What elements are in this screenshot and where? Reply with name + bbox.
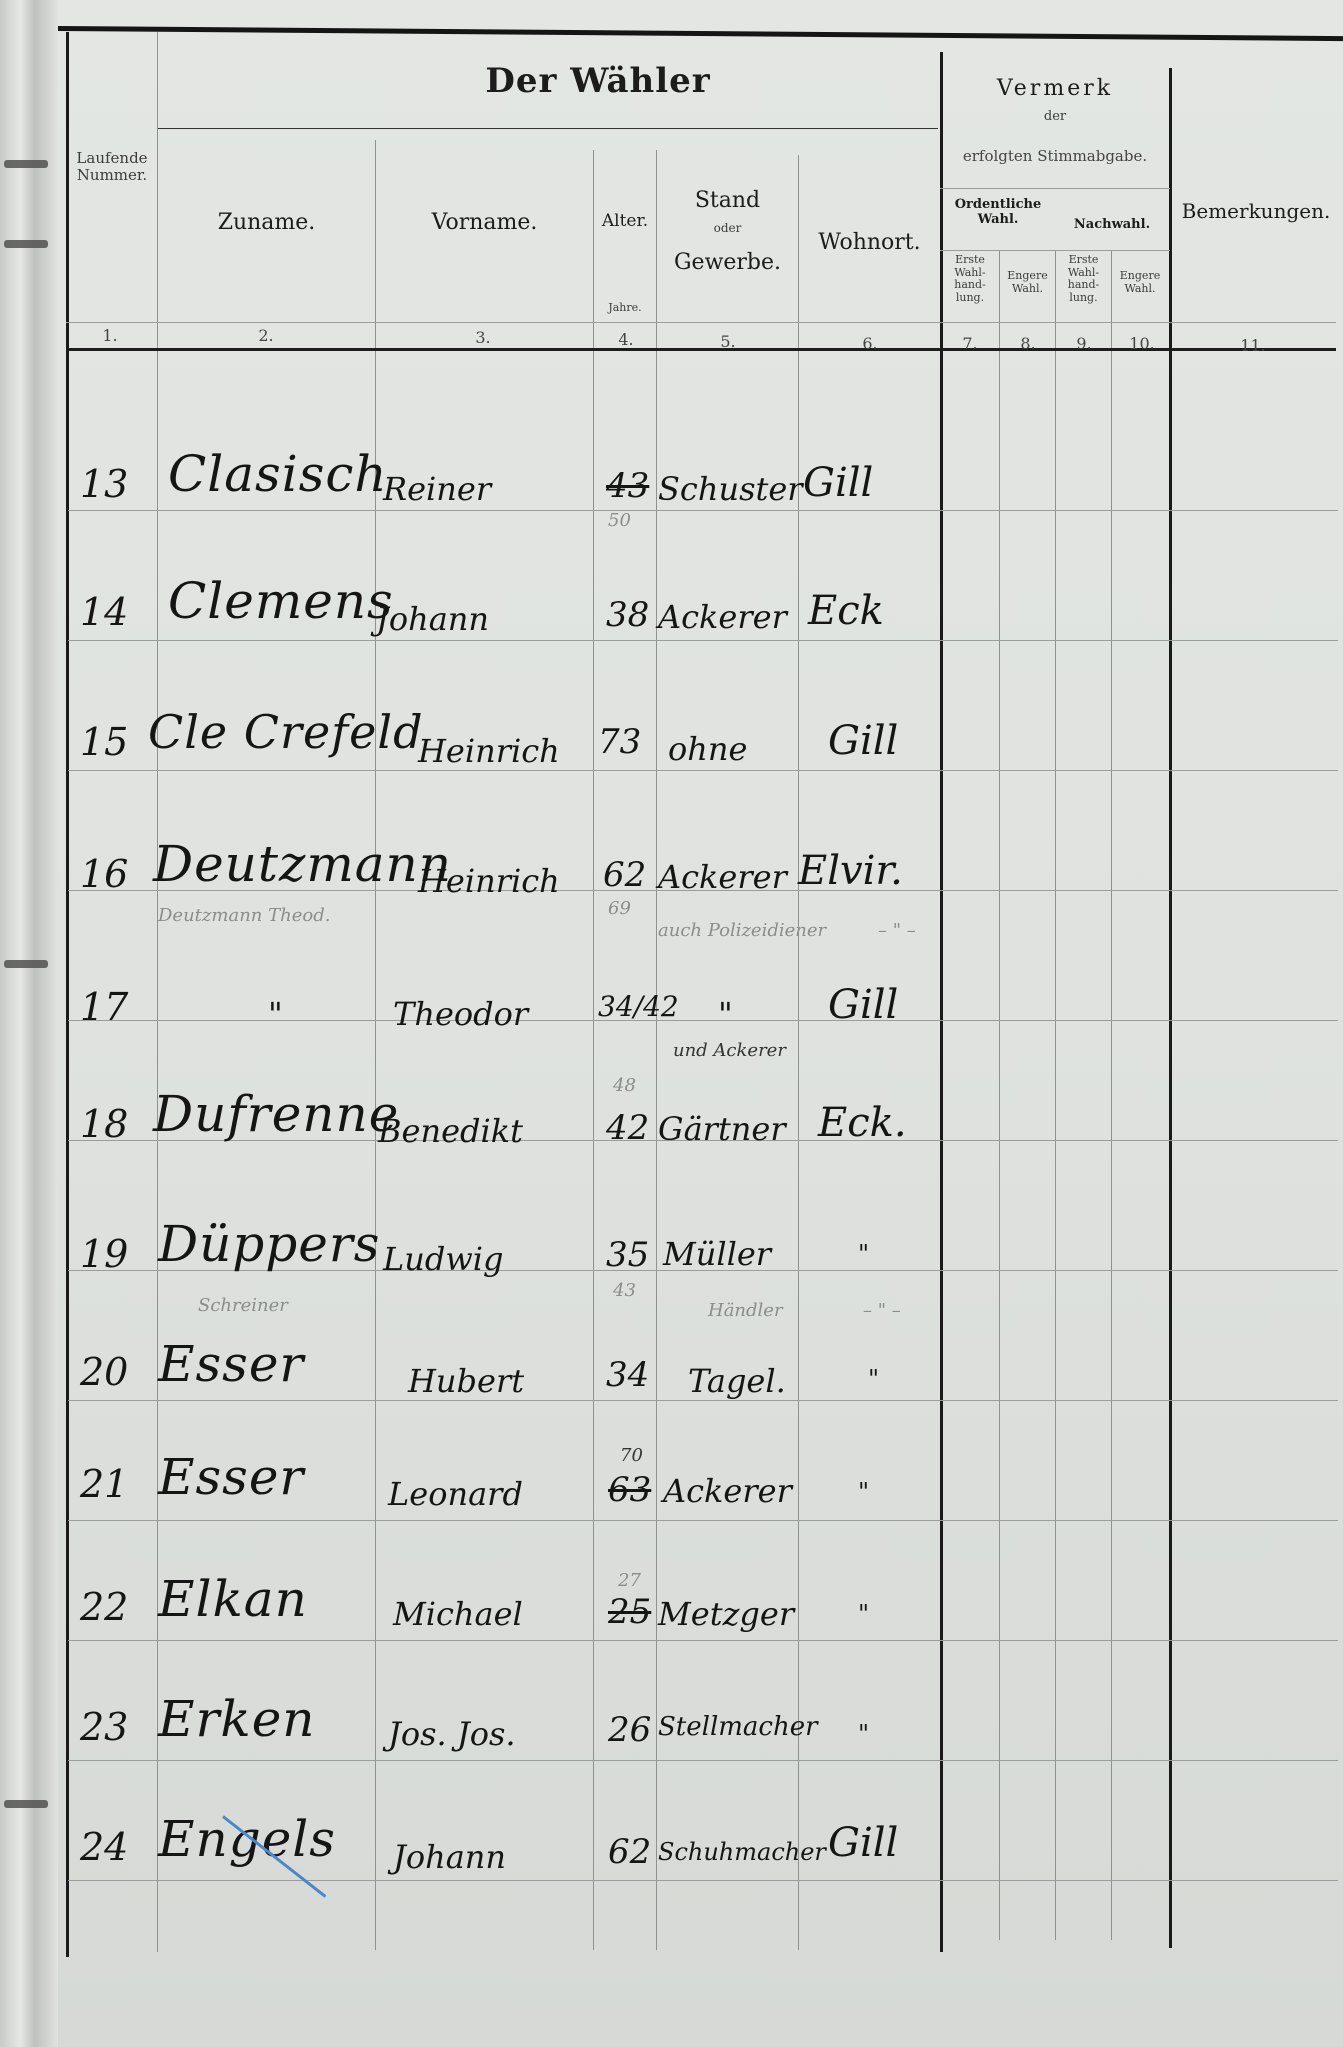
entry-22-residence: " [858,1600,869,1628]
entry-13-surname: Clasisch [168,445,388,503]
entry-16-nr: 16 [80,852,128,896]
entry-18-surname: Dufrenne [153,1085,399,1143]
entry-15-firstname: Heinrich [418,732,560,770]
colnum-3: 3. [463,328,503,347]
entry-21-nr: 21 [80,1462,128,1506]
col-rule-6-7 [940,52,943,1952]
entry-16-firstname: Heinrich [418,862,560,900]
entry-22-age-note: 27 [618,1570,641,1591]
entry-13-occupation: Schuster [658,470,803,508]
col2-label: Zuname. [158,210,375,235]
entry-16-surname: Deutzmann [153,835,452,893]
col3-label: Vorname. [376,210,593,235]
entry-18-age: 42 [606,1108,649,1148]
col11-label: Bemerkungen. [1171,200,1341,223]
ordentliche-wahl-label: Ordentliche Wahl. [942,198,1054,228]
col-rule-9-10 [1111,250,1112,1940]
col-rule-8-9 [1055,250,1056,1940]
row-rule [68,640,1338,641]
entry-19-pencil-note: Schreiner [198,1295,288,1316]
entry-19-surname: Düppers [158,1215,380,1273]
entry-15-age: 73 [598,722,641,762]
entry-16-occupation-note: auch Polizeidiener [658,920,826,941]
entry-19-occupation: Müller [663,1235,771,1273]
entry-23-firstname: Jos. Jos. [388,1715,516,1753]
col5-label-mid: oder [657,222,798,236]
entry-20-residence: " [868,1365,879,1393]
col-rule-4-5 [656,150,657,1950]
entry-13-age-note: 50 [608,510,631,531]
entry-23-residence: " [858,1720,869,1748]
left-border-rule [66,32,69,1957]
entry-17-occupation: " [718,995,733,1033]
entry-14-residence: Eck [808,588,884,634]
binding-ring [4,1800,48,1808]
entry-17-nr: 17 [80,985,128,1029]
entry-19-residence-note: – " – [863,1300,901,1321]
binding-ring [4,240,48,248]
entry-20-nr: 20 [80,1350,128,1394]
col1-label: Laufende Nummer. [68,150,156,185]
entry-19-nr: 19 [80,1232,128,1276]
entry-17-firstname: Theodor [393,995,528,1033]
row-rule [68,510,1338,511]
row-rule [68,1520,1338,1521]
entry-22-surname: Elkan [158,1570,308,1628]
entry-24-residence: Gill [828,1820,898,1866]
binding-ring [4,960,48,968]
entry-22-firstname: Michael [393,1595,523,1633]
entry-24-firstname: Johann [393,1838,506,1876]
waehler-brace-rule [158,128,938,129]
vermerk-title: Vermerk [942,76,1168,101]
colnum-10: 10. [1122,334,1162,353]
col-rule-2-3 [375,140,376,1950]
entry-15-surname: Cle Crefeld [148,705,424,759]
entry-19-age-note: 43 [613,1280,636,1301]
vermerk-subtitle: erfolgten Stimmabgabe. [942,148,1168,165]
col10-label: Engere Wahl. [1112,270,1168,295]
entry-21-firstname: Leonard [388,1475,523,1513]
entry-16-age-note: 69 [608,898,631,919]
entry-14-occupation: Ackerer [658,598,787,636]
entry-20-age: 34 [606,1355,649,1395]
entry-19-occupation-note: Händler [708,1300,783,1321]
entry-21-age-note: 70 [620,1445,643,1466]
row-rule [68,1640,1338,1641]
wahl-sub-rule [940,250,1170,251]
entry-23-occupation: Stellmacher [658,1712,818,1742]
colnum-11: 11. [1233,336,1273,355]
entry-22-occupation: Metzger [658,1595,794,1633]
book-binding [0,0,58,2047]
entry-18-age-note: 48 [613,1075,636,1096]
col7-label: Erste Wahl-hand-lung. [942,254,998,305]
nachwahl-label: Nachwahl. [1056,218,1168,233]
colnum-6: 6. [850,334,890,353]
entry-22-age: 25 [608,1592,651,1632]
main-title: Der Wähler [448,62,748,101]
colnum-1: 1. [90,326,130,345]
entry-18-residence: Eck. [818,1100,907,1146]
entry-16-age: 62 [603,855,646,895]
entry-24-occupation: Schuhmacher [658,1838,826,1866]
col8-label: Engere Wahl. [1000,270,1055,295]
entry-13-residence: Gill [803,460,873,506]
vermerk-der: der [942,110,1168,125]
col6-label: Wohnort. [799,230,940,255]
entry-19-residence: " [858,1240,869,1268]
entry-18-occupation: Gärtner [658,1110,786,1148]
row-rule [68,770,1338,771]
col-rule-3-4 [593,150,594,1950]
vermerk-sub-rule [940,188,1170,189]
entry-23-nr: 23 [80,1705,128,1749]
entry-16-residence: Elvir. [798,848,903,894]
entry-18-firstname: Benedikt [378,1112,523,1150]
col-rule-5-6 [798,155,799,1950]
entry-21-age: 63 [608,1470,651,1510]
colnum-4: 4. [606,330,646,349]
register-page: Der Wähler Laufende Nummer. Zuname. Vorn… [58,0,1343,2047]
colnum-5: 5. [708,332,748,351]
entry-14-firstname: Johann [376,600,489,638]
entry-14-age: 38 [606,595,649,635]
entry-14-surname: Clemens [168,572,394,630]
entry-20-firstname: Hubert [408,1362,524,1400]
entry-22-nr: 22 [80,1585,128,1629]
entry-20-occupation: Tagel. [688,1362,786,1400]
col4-label: Alter. [594,212,656,232]
colnum-7: 7. [950,334,990,353]
col4-unit: Jahre. [594,302,656,315]
row-rule [68,1020,1338,1021]
entry-20-surname: Esser [158,1335,304,1393]
row-rule [68,1880,1338,1881]
entry-19-firstname: Ludwig [383,1240,503,1278]
entry-21-occupation: Ackerer [663,1472,792,1510]
entry-21-residence: " [858,1478,869,1506]
col-rule-1-2 [157,32,158,1952]
entry-24-nr: 24 [80,1825,128,1869]
entry-23-surname: Erken [158,1690,316,1748]
entry-17-residence: Gill [828,982,898,1028]
entry-15-nr: 15 [80,720,128,764]
top-border-rule [58,26,1343,41]
entry-17-surname-ditto: " [268,995,283,1033]
entry-15-residence: Gill [828,718,898,764]
col-rule-7-8 [999,250,1000,1940]
entry-14-nr: 14 [80,590,128,634]
entry-18-nr: 18 [80,1102,128,1146]
entry-19-age: 35 [606,1235,649,1275]
entry-15-occupation: ohne [668,730,747,768]
entry-16-pencil-note: Deutzmann Theod. [158,905,330,926]
entry-13-firstname: Reiner [383,470,491,508]
entry-17-age: 34/42 [598,990,679,1023]
colnum-2: 2. [246,326,286,345]
entry-17-occupation-note: und Ackerer [673,1040,786,1061]
col9-label: Erste Wahl-hand-lung. [1056,254,1111,305]
row-rule [68,1400,1338,1401]
entry-21-surname: Esser [158,1448,304,1506]
entry-16-residence-note: – " – [878,920,916,941]
colnum-top-rule [66,322,1336,323]
entry-13-nr: 13 [80,462,128,506]
colnum-8: 8. [1008,334,1048,353]
col5-label-bottom: Gewerbe. [657,250,798,275]
entry-24-surname: Engels [158,1810,336,1868]
entry-16-occupation: Ackerer [658,858,787,896]
binding-ring [4,160,48,168]
colnum-9: 9. [1064,334,1104,353]
entry-24-age: 62 [608,1832,651,1872]
entry-13-age: 43 [606,466,649,506]
row-rule [68,1760,1338,1761]
entry-23-age: 26 [608,1710,651,1750]
col5-label-top: Stand [657,188,798,213]
